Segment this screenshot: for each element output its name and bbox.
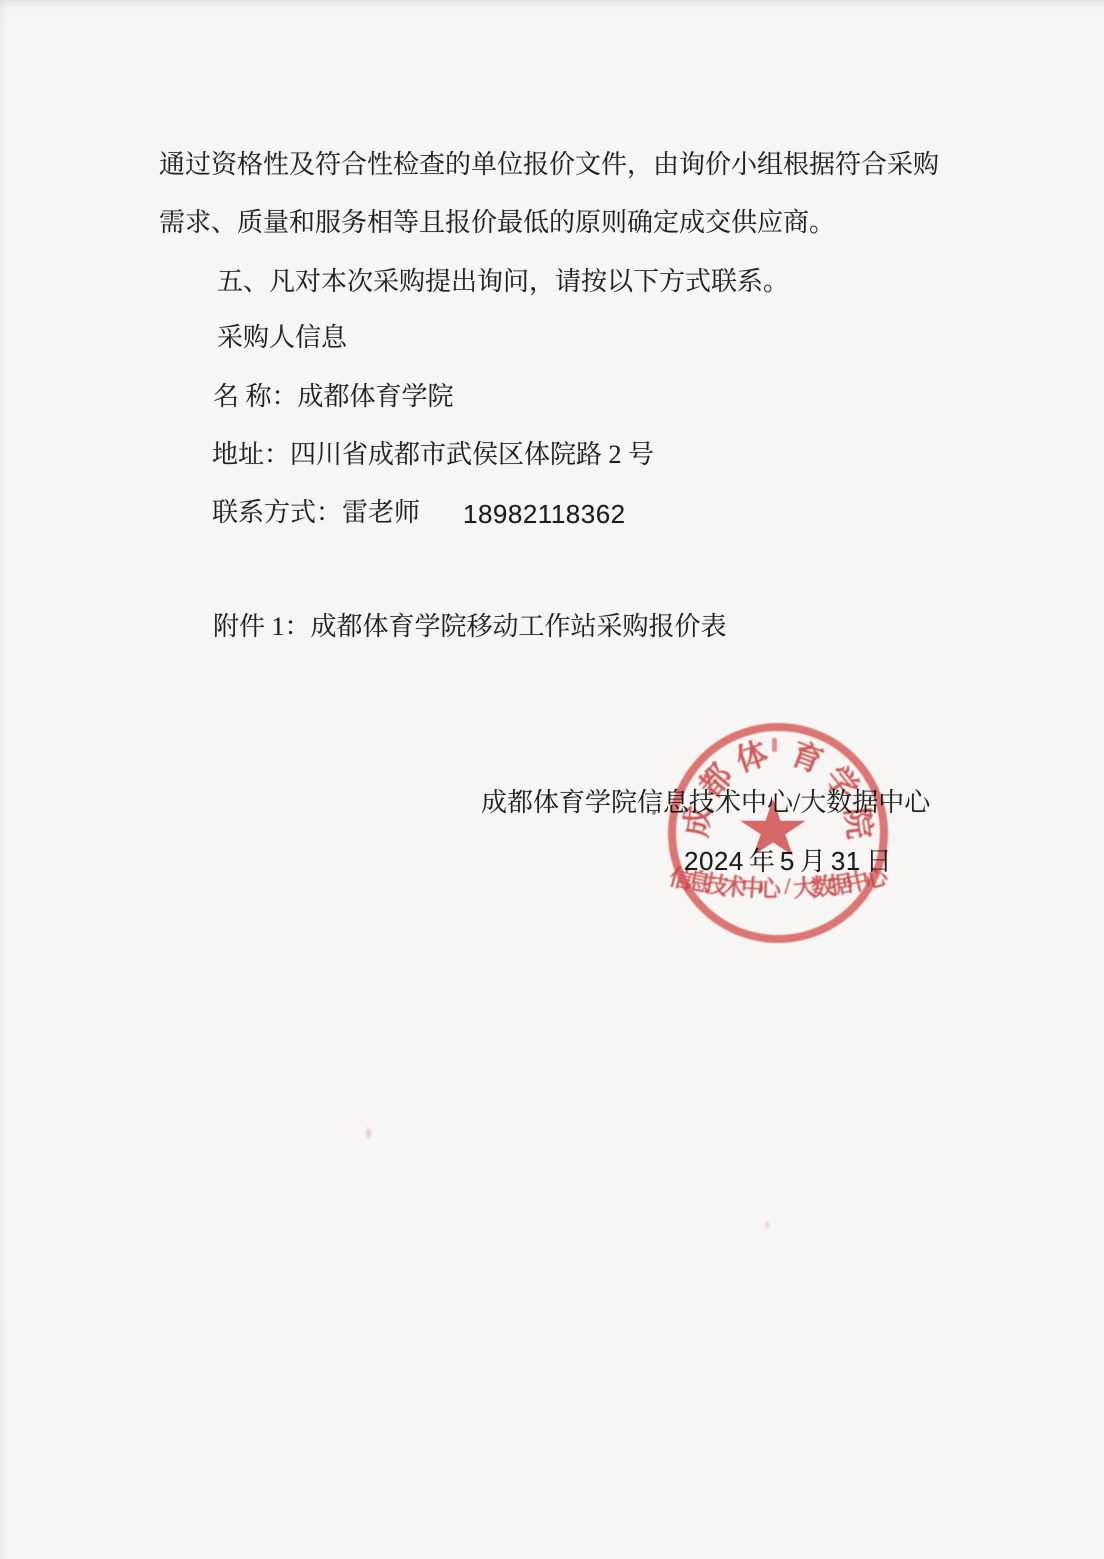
seal-top-char: 育: [786, 728, 831, 781]
signature-date-line: 2024年5月31日: [684, 844, 897, 879]
document-page: 通过资格性及符合性检查的单位报价文件，由询价小组根据符合采购 需求、质量和服务相…: [0, 0, 1104, 1559]
paragraph-line-2: 需求、质量和服务相等且报价最低的原则确定成交供应商。: [159, 206, 835, 240]
paragraph-line-1: 通过资格性及符合性检查的单位报价文件，由询价小组根据符合采购: [159, 148, 939, 182]
scan-edge-top: [0, 0, 1104, 8]
date-year-label: 年: [749, 847, 775, 876]
item-5-line: 五、凡对本次采购提出询问，请按以下方式联系。: [217, 265, 789, 299]
scan-speck: [366, 1128, 371, 1138]
date-month-label: 月: [800, 847, 826, 876]
signature-org-line: 成都体育学院信息技术中心/大数据中心: [481, 786, 930, 820]
contact-phone: 18982118362: [463, 497, 626, 531]
date-day: 31: [831, 846, 861, 876]
date-year: 2024: [684, 846, 744, 876]
seal-ink-mark: [772, 738, 777, 752]
scan-edge-left: [0, 0, 7, 1559]
attachment-line: 附件 1：成都体育学院移动工作站采购报价表: [213, 610, 727, 644]
seal-top-char: 体: [729, 727, 773, 780]
contact-label: 联系方式：雷老师: [212, 498, 420, 527]
date-day-label: 日: [866, 847, 892, 876]
seal-ring: [664, 719, 892, 947]
buyer-address-line: 地址：四川省成都市武侯区体院路 2 号: [212, 438, 654, 472]
buyer-name-line: 名 称：成都体育学院: [213, 380, 454, 414]
contact-line: 联系方式：雷老师 18982118362: [212, 496, 420, 530]
buyer-info-heading: 采购人信息: [217, 321, 347, 355]
date-month: 5: [780, 846, 795, 876]
scan-speck: [765, 1221, 769, 1229]
